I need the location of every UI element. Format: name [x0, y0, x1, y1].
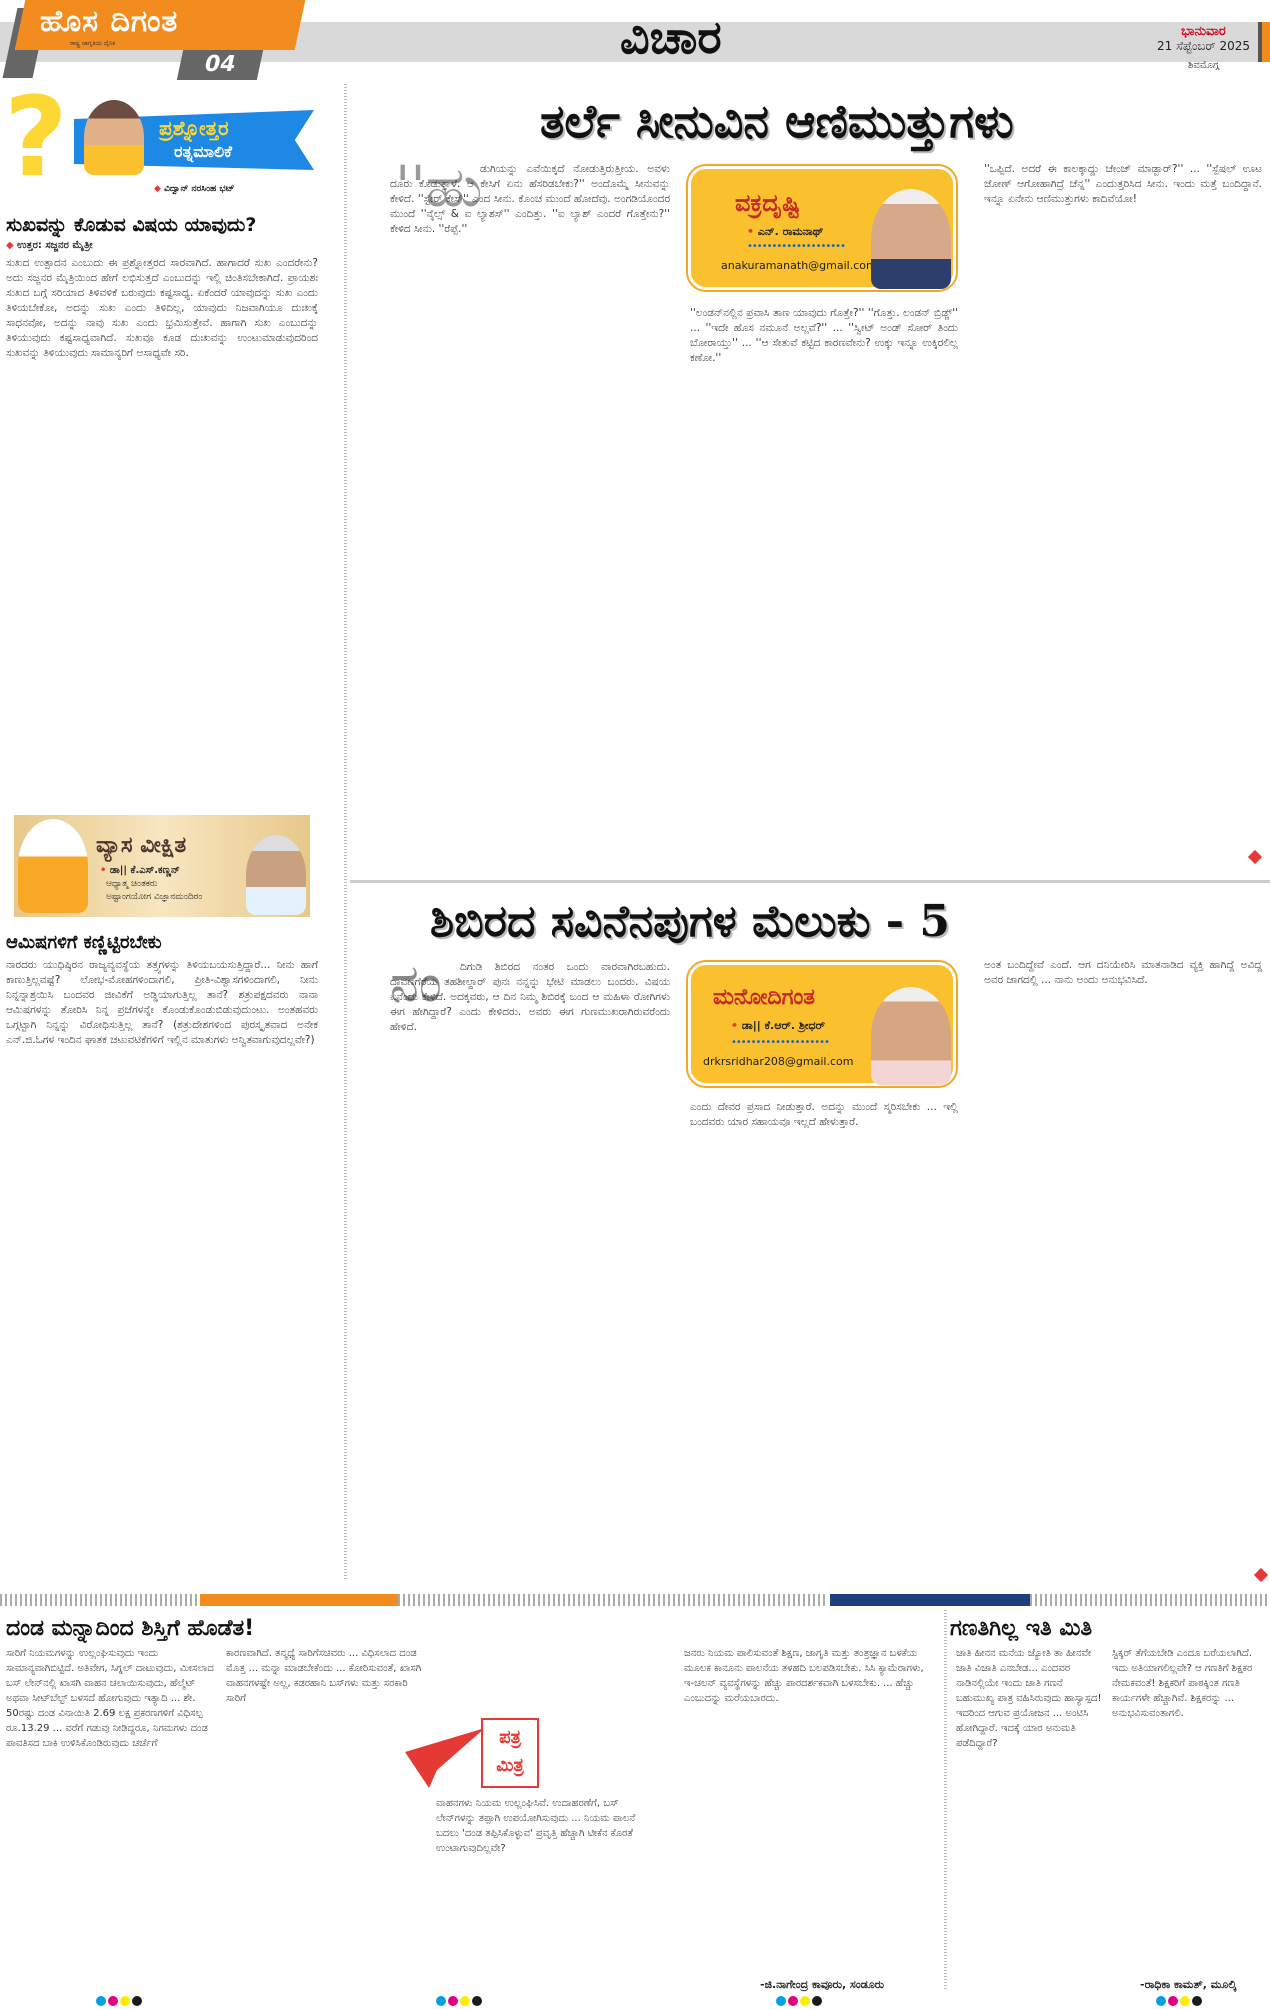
divider-strip — [398, 1594, 828, 1606]
letter1-column3: ವಾಹನಗಳು ನಿಯಮ ಉಲ್ಲಂಘಿಸಿವೆ. ಉದಾಹರಣೆಗೆ, ಬಸ್… — [436, 1646, 638, 1966]
article-separator — [350, 880, 1270, 883]
column-title-line2: ರತ್ನಮಾಲಿಕೆ — [174, 142, 232, 162]
author-name: • ಡಾ|| ಕೆ.ಆರ್. ಶ್ರೀಧರ್ — [731, 1019, 825, 1033]
prashnottara-body: ಸುಖದ ಉತ್ಪಾದನ ಎಂಬುದು ಈ ಪ್ರಶ್ನೋತ್ತರದ ಸಾರವಾ… — [6, 256, 318, 786]
dotted-divider: •••••••••••••••••••• — [747, 241, 845, 252]
masthead: ಹೊಸ ದಿಗಂತ ರಾಷ್ಟ್ರ ಜಾಗೃತಿಯ ದೈನಿಕ 04 ವಿಚಾರ… — [0, 0, 1270, 80]
cmyk-registration-mark — [436, 1996, 482, 2006]
letter1-column1: ಸಾರಿಗೆ ನಿಯಮಗಳನ್ನು ಉಲ್ಲಂಘಿಸುವುದು ಇಂದು ಸಾಮ… — [6, 1646, 214, 1966]
article2-column1: ದಿಗುಡಿ ಶಿಬಿರದ ನಂತರ ಒಂದು ವಾರವಾಗಿರಬಹುದು. ದ… — [390, 960, 670, 1580]
question-mark-icon: ? — [4, 82, 68, 192]
weekday: ಭಾನುವಾರ — [1157, 24, 1250, 39]
vyasa-role-2: ಅಷ್ಟಾಂಗಯೋಗ ವಿಜ್ಞಾನಮಂದಿರಂ — [106, 892, 202, 902]
date-block: ಭಾನುವಾರ 21 ಸೆಪ್ಟೆಂಬರ್ 2025 ಶಿವಮೊಗ್ಗ — [1157, 24, 1250, 71]
prashnottara-banner: ? ಪ್ರಶ್ನೋತ್ತರ ರತ್ನಮಾಲಿಕೆ ◆ ವಿದ್ವಾನ್ ನರಸಿ… — [4, 90, 320, 200]
logo-tagline: ರಾಷ್ಟ್ರ ಜಾಗೃತಿಯ ದೈನಿಕ — [70, 40, 115, 48]
divider-strip — [0, 1594, 200, 1606]
article1-column1: ಡುಗಿಯನ್ನು ಎವೆಯಿಕ್ಕದೆ ನೋಡುತ್ತಿರುತ್ತೀಯ. ಅವ… — [390, 162, 670, 862]
article2-column2: ಎಂದು ದೇವರ ಪ್ರಸಾದ ನೀಡುತ್ತಾರೆ. ಅದನ್ನು ಮುಂದ… — [690, 1100, 958, 1580]
letter1-column4: ಜನರು ನಿಯಮ ಪಾಲಿಸುವಂತೆ ಶಿಕ್ಷಣ, ಜಾಗೃತಿ ಮತ್ತ… — [684, 1646, 934, 1936]
letter2-signature: -ರಾಧಿಕಾ ಕಾಮತ್, ಮೂಲ್ಕಿ — [1140, 1978, 1236, 1992]
answer-line: ◆ ಉತ್ತರ: ಸಜ್ಜನರ ಮೈತ್ರೀ — [6, 240, 93, 251]
vyasa-banner: ವ್ಯಾಸ ವೀಕ್ಷಿತ • ಡಾ|| ಕೆ.ಎಸ್.ಕಣ್ಣನ್ ಆಧ್ಯಾ… — [14, 815, 310, 917]
author-name: • ಎನ್. ರಾಮನಾಥ್ — [747, 225, 823, 239]
letter2-column2: ಸ್ಟಿಕ್ಕರ್ ತೆಗೆಯಬೇಡಿ ಎಂದೂ ಬರೆಯಲಾಗಿದೆ. ಇದು… — [1112, 1646, 1262, 1966]
vakradrushti-promo: ವಕ್ರದೃಷ್ಟಿ • ಎನ್. ರಾಮನಾಥ್ ••••••••••••••… — [688, 166, 956, 290]
logo[interactable]: ಹೊಸ ದಿಗಂತ — [40, 4, 178, 39]
letter1-column2: ಕಾರಣವಾಗಿದೆ. ತನ್ಮಧ್ಯೆ ಸಾರಿಗೆಸಚಿವರು ... ವಿ… — [226, 1646, 426, 1966]
cmyk-registration-mark — [776, 1996, 822, 2006]
author-photo — [246, 835, 306, 915]
column-title-line1: ಪ್ರಶ್ನೋತ್ತರ — [159, 116, 229, 140]
section-title: ವಿಚಾರ — [620, 10, 722, 66]
cmyk-registration-mark — [96, 1996, 142, 2006]
date: 21 ಸೆಪ್ಟೆಂಬರ್ 2025 — [1157, 39, 1250, 54]
dotted-divider: •••••••••••••••••••• — [731, 1037, 829, 1048]
author-photo — [871, 189, 951, 289]
article1-column2: ''ಲಂಡನ್‌ನಲ್ಲಿನ ಪ್ರವಾಸಿ ತಾಣ ಯಾವುದು ಗೊತ್ತೇ… — [690, 306, 958, 862]
letter-divider — [944, 1610, 947, 1990]
column-title: ವಕ್ರದೃಷ್ಟಿ — [735, 189, 800, 217]
sage-illustration — [18, 819, 88, 913]
article2-column3: ಅಂತ ಬಂದಿದ್ದೇವೆ ಎಂದೆ. ಆಗ ದನಿಯೇರಿಸಿ ಮಾತನಾಡ… — [984, 958, 1262, 1578]
cmyk-registration-mark — [1156, 1996, 1202, 2006]
edition-city: ಶಿವಮೊಗ್ಗ — [1157, 60, 1250, 71]
letter1-headline: ದಂಡ ಮನ್ನಾದಿಂದ ಶಿಸ್ತಿಗೆ ಹೊಡೆತ! — [6, 1616, 254, 1641]
vyasa-body: ನಾರದರು ಯುಧಿಷ್ಠಿರನ ರಾಜ್ಯವ್ಯವಸ್ಥೆಯ ತತ್ತ್ವಗ… — [6, 958, 318, 1578]
prashnottara-headline: ಸುಖವನ್ನು ಕೊಡುವ ವಿಷಯ ಯಾವುದು? — [6, 214, 256, 236]
navy-bar — [830, 1594, 1030, 1606]
author-email[interactable]: anakuramanath@gmail.com — [721, 259, 877, 272]
vyasa-headline: ಆಮಿಷಗಳಿಗೆ ಕಣ್ಣಿಟ್ಟಿರಬೇಕು — [6, 932, 162, 953]
vyasa-role-1: ಆಧ್ಯಾತ್ಮ ಚಿಂತಕರು — [106, 879, 158, 889]
vyasa-author: • ಡಾ|| ಕೆ.ಎಸ್.ಕಣ್ಣನ್ — [100, 865, 180, 876]
masthead-edge-accent — [1262, 22, 1270, 62]
page-number: 04 — [177, 50, 263, 80]
letter2-column1: ಜಾತಿ ಹೀನನ ಮನೆಯ ಜ್ಯೋತಿ ತಾ ಹೀನವೇ ಜಾತಿ ವಿಜಾ… — [956, 1646, 1104, 1986]
column-divider — [344, 84, 347, 1580]
column-title: ಮನೋದಿಗಂತ — [713, 985, 815, 1010]
article1-headline: ತರ್ಲೆ ಸೀನುವಿನ ಆಣಿಮುತ್ತುಗಳು — [540, 94, 1014, 150]
article2-headline: ಶಿಬಿರದ ಸವಿನೆನಪುಗಳ ಮೆಲುಕು - 5 — [430, 896, 950, 947]
divider-strip — [1030, 1594, 1270, 1606]
author-photo — [84, 100, 144, 175]
author-email[interactable]: drkrsridhar208@gmail.com — [703, 1055, 853, 1068]
manodigantha-promo: ಮನೋದಿಗಂತ • ಡಾ|| ಕೆ.ಆರ್. ಶ್ರೀಧರ್ ••••••••… — [688, 962, 956, 1086]
author-photo — [871, 987, 951, 1085]
orange-bar — [200, 1594, 398, 1606]
letter2-headline: ಗಣತಿಗಿಲ್ಲ ಇತಿ ಮಿತಿ — [950, 1616, 1092, 1641]
letter1-signature: -ಜಿ.ನಾಗೇಂದ್ರ ಕಾವೂರು, ಸಂಡೂರು — [760, 1978, 884, 1992]
vyasa-title: ವ್ಯಾಸ ವೀಕ್ಷಿತ — [96, 833, 186, 858]
author-name: ◆ ವಿದ್ವಾನ್ ನರಸಿಂಹ ಭಟ್ — [154, 184, 234, 194]
article1-column3: ''ಒಪ್ಪಿದೆ. ಅದರೆ ಈ ಕಾಲಕ್ಕಾದ್ದು ಚೇಂಜ್ ಮಾಡ್… — [984, 162, 1262, 862]
